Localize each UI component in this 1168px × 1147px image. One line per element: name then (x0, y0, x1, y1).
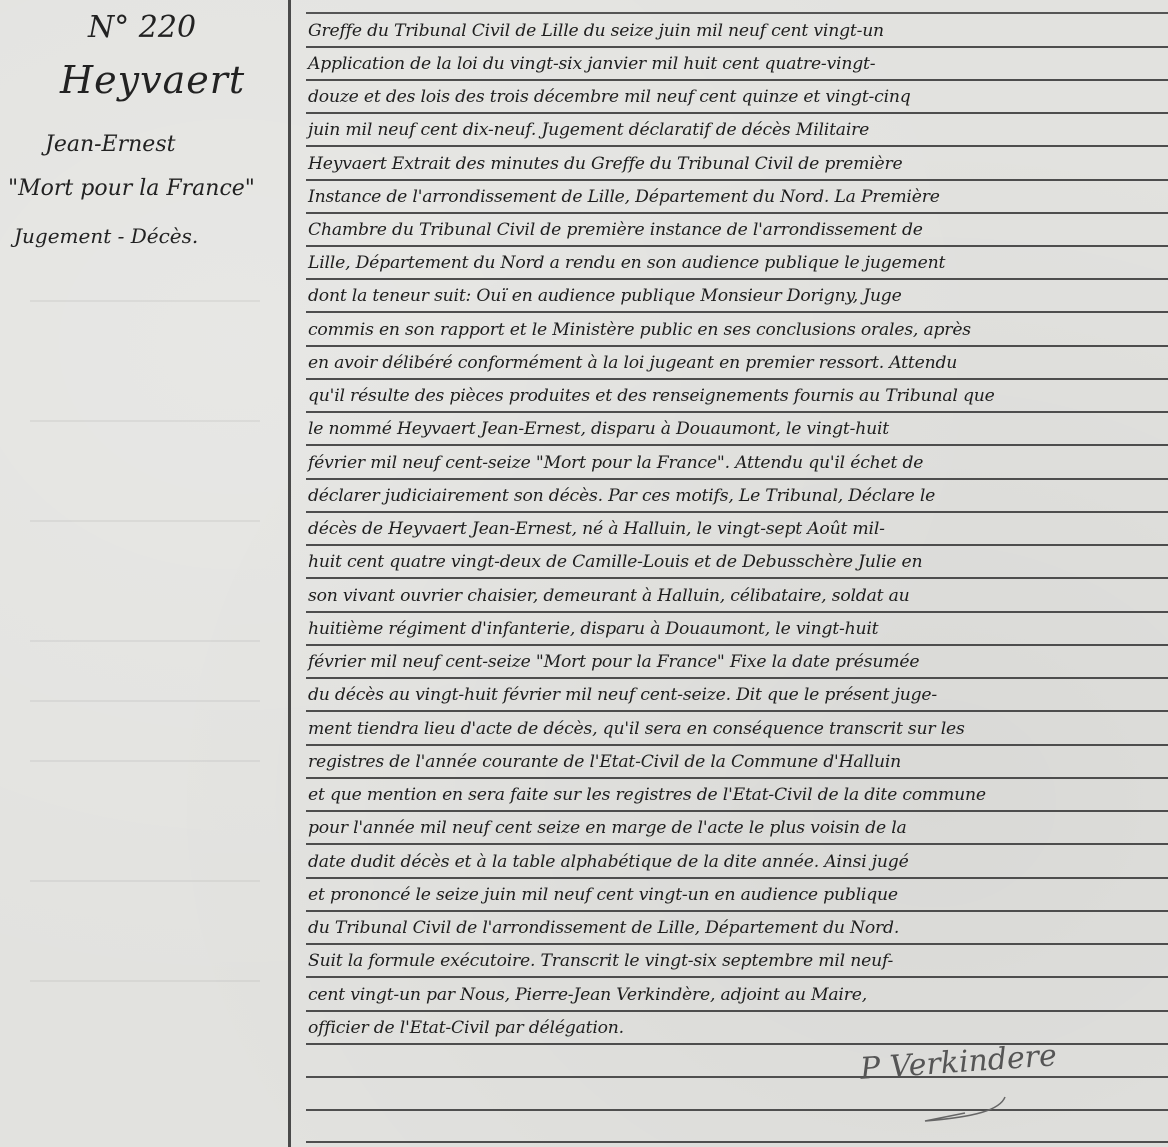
text-line: juin mil neuf cent dix-neuf. Jugement dé… (306, 113, 1168, 147)
text-line: décès de Heyvaert Jean-Ernest, né à Hall… (306, 512, 1168, 546)
text-line: le nommé Heyvaert Jean-Ernest, disparu à… (306, 412, 1168, 446)
bleed-through-line (30, 760, 260, 762)
text-line: ment tiendra lieu d'acte de décès, qu'il… (306, 712, 1168, 746)
margin-column: N° 220 Heyvaert Jean-Ernest "Mort pour l… (0, 0, 288, 1147)
text-line: qu'il résulte des pièces produites et de… (306, 379, 1168, 413)
entry-number: N° 220 (88, 10, 196, 45)
bleed-through-line (30, 980, 260, 982)
text-line: déclarer judiciairement son décès. Par c… (306, 479, 1168, 513)
text-line: Suit la formule exécutoire. Transcrit le… (306, 944, 1168, 978)
text-line: commis en son rapport et le Ministère pu… (306, 313, 1168, 347)
margin-surname: Heyvaert (60, 58, 245, 102)
text-line: registres de l'année courante de l'Etat-… (306, 745, 1168, 779)
bleed-through-line (30, 300, 260, 302)
text-line: du décès au vingt-huit février mil neuf … (306, 678, 1168, 712)
text-line: Lille, Département du Nord a rendu en so… (306, 246, 1168, 280)
text-line: huitième régiment d'infanterie, disparu … (306, 612, 1168, 646)
text-line: et prononcé le seize juin mil neuf cent … (306, 878, 1168, 912)
text-line: douze et des lois des trois décembre mil… (306, 80, 1168, 114)
margin-given-names: Jean-Ernest (45, 132, 175, 157)
text-line: dont la teneur suit: Ouï en audience pub… (306, 279, 1168, 313)
text-line: du Tribunal Civil de l'arrondissement de… (306, 911, 1168, 945)
text-line: février mil neuf cent-seize "Mort pour l… (306, 645, 1168, 679)
bleed-through-line (30, 520, 260, 522)
text-line: son vivant ouvrier chaisier, demeurant à… (306, 579, 1168, 613)
text-line: et que mention en sera faite sur les reg… (306, 778, 1168, 812)
margin-act-type: Jugement - Décès. (14, 224, 198, 248)
text-line: en avoir délibéré conformément à la loi … (306, 346, 1168, 380)
register-page: N° 220 Heyvaert Jean-Ernest "Mort pour l… (0, 0, 1168, 1147)
act-body: Greffe du Tribunal Civil de Lille du sei… (300, 0, 1168, 1147)
text-line: Chambre du Tribunal Civil de première in… (306, 213, 1168, 247)
blank-rule (306, 1076, 1168, 1078)
text-line: cent vingt-un par Nous, Pierre-Jean Verk… (306, 978, 1168, 1012)
text-line: Application de la loi du vingt-six janvi… (306, 47, 1168, 81)
bleed-through-line (30, 700, 260, 702)
bleed-through-line (30, 420, 260, 422)
text-line: Instance de l'arrondissement de Lille, D… (306, 180, 1168, 214)
text-line: février mil neuf cent-seize "Mort pour l… (306, 446, 1168, 480)
margin-divider (288, 0, 291, 1147)
blank-rule (306, 1109, 1168, 1111)
margin-mention: "Mort pour la France" (8, 176, 255, 201)
text-line: pour l'année mil neuf cent seize en marg… (306, 811, 1168, 845)
blank-rule (306, 1141, 1168, 1143)
text-line: Heyvaert Extrait des minutes du Greffe d… (306, 147, 1168, 181)
text-line: date dudit décès et à la table alphabéti… (306, 845, 1168, 879)
signature-flourish-icon (905, 1095, 1015, 1125)
bleed-through-line (30, 640, 260, 642)
text-line: Greffe du Tribunal Civil de Lille du sei… (306, 14, 1168, 48)
text-line: huit cent quatre vingt-deux de Camille-L… (306, 545, 1168, 579)
bleed-through-line (30, 880, 260, 882)
